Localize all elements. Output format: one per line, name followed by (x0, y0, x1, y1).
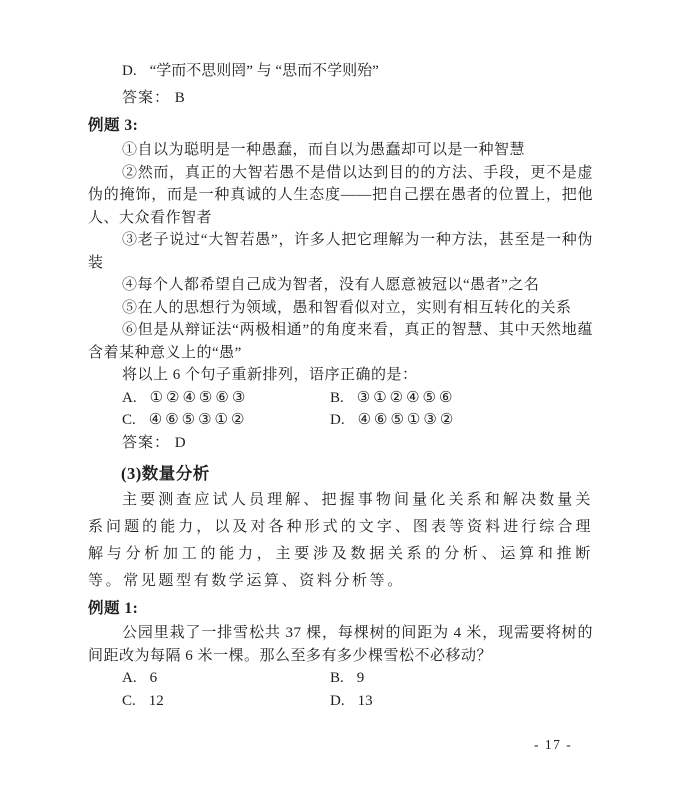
example3-option-a: A.①②④⑤⑥③ (122, 387, 330, 410)
example3-sentence-2: ②然而，真正的大智若愚不是借以达到目的的方法、手段，更不是虚伪的掩饰，而是一种真… (88, 162, 593, 230)
example3-sentence-4: ④每个人都希望自己成为智者，没有人愿意被冠以“愚者”之名 (88, 274, 593, 297)
prev-option-d-text: “学而不思则罔” 与 “思而不学则殆” (150, 63, 379, 79)
example1-option-b-label: B. (330, 670, 344, 686)
quantitative-section-heading: (3)数量分析 (88, 460, 593, 487)
document-page: D.“学而不思则罔” 与 “思而不学则殆” 答案： B 例题 3: ①自以为聪明… (0, 0, 681, 799)
prev-option-d: D.“学而不思则罔” 与 “思而不学则殆” (88, 58, 593, 85)
example3-option-c-value: ④⑥⑤③①② (149, 412, 248, 428)
example1-option-c-value: 12 (149, 693, 164, 709)
example3-sentence-3: ③老子说过“大智若愚”，许多人把它理解为一种方法，甚至是一种伪装 (88, 229, 593, 274)
quantitative-section-body: 主要测查应试人员理解、把握事物间量化关系和解决数量关系问题的能力，以及对各种形式… (88, 487, 593, 595)
example3-options-row-1: A.①②④⑤⑥③ B.③①②④⑤⑥ (88, 387, 593, 410)
example1-option-d-label: D. (330, 693, 345, 709)
example1-options-row-1: A.6 B.9 (88, 667, 593, 690)
example3-heading: 例题 3: (88, 112, 593, 139)
example1-question: 公园里栽了一排雪松共 37 棵，每棵树的间距为 4 米，现需要将树的间距改为每隔… (88, 622, 593, 667)
example3-option-a-label: A. (122, 390, 137, 406)
example3-option-d-value: ④⑥⑤①③② (358, 412, 457, 428)
example3-sentence-5: ⑤在人的思想行为领域，愚和智看似对立，实则有相互转化的关系 (88, 297, 593, 320)
example1-option-b-value: 9 (357, 670, 365, 686)
example3-option-b-value: ③①②④⑤⑥ (357, 390, 456, 406)
example3-option-b-label: B. (330, 390, 344, 406)
page-number: - 17 - (534, 737, 572, 753)
example1-option-d: D.13 (330, 690, 373, 713)
example1-option-c-label: C. (122, 693, 136, 709)
example3-sentence-6: ⑥但是从辩证法“两极相通”的角度来看，真正的智慧、其中天然地蕴含着某种意义上的“… (88, 319, 593, 364)
example3-sentence-1: ①自以为聪明是一种愚蠢，而自以为愚蠢却可以是一种智慧 (88, 139, 593, 162)
example3-prompt: 将以上 6 个句子重新排列，语序正确的是： (88, 364, 593, 387)
example3-option-a-value: ①②④⑤⑥③ (150, 390, 249, 406)
document-content: D.“学而不思则罔” 与 “思而不学则殆” 答案： B 例题 3: ①自以为聪明… (88, 58, 593, 712)
example1-options-row-2: C.12 D.13 (88, 690, 593, 713)
example3-option-d: D.④⑥⑤①③② (330, 409, 456, 432)
example1-option-d-value: 13 (358, 693, 373, 709)
example1-option-b: B.9 (330, 667, 364, 690)
prev-answer: 答案： B (88, 85, 593, 112)
example3-option-b: B.③①②④⑤⑥ (330, 387, 455, 410)
example1-option-a-label: A. (122, 670, 137, 686)
example3-option-c-label: C. (122, 412, 136, 428)
example3-options-row-2: C.④⑥⑤③①② D.④⑥⑤①③② (88, 409, 593, 432)
example3-option-c: C.④⑥⑤③①② (122, 409, 330, 432)
example1-heading: 例题 1: (88, 595, 593, 622)
example3-option-d-label: D. (330, 412, 345, 428)
example3-answer: 答案： D (88, 432, 593, 455)
example1-option-c: C.12 (122, 690, 330, 713)
example1-option-a-value: 6 (150, 670, 158, 686)
prev-option-d-label: D. (122, 63, 137, 79)
example1-option-a: A.6 (122, 667, 330, 690)
